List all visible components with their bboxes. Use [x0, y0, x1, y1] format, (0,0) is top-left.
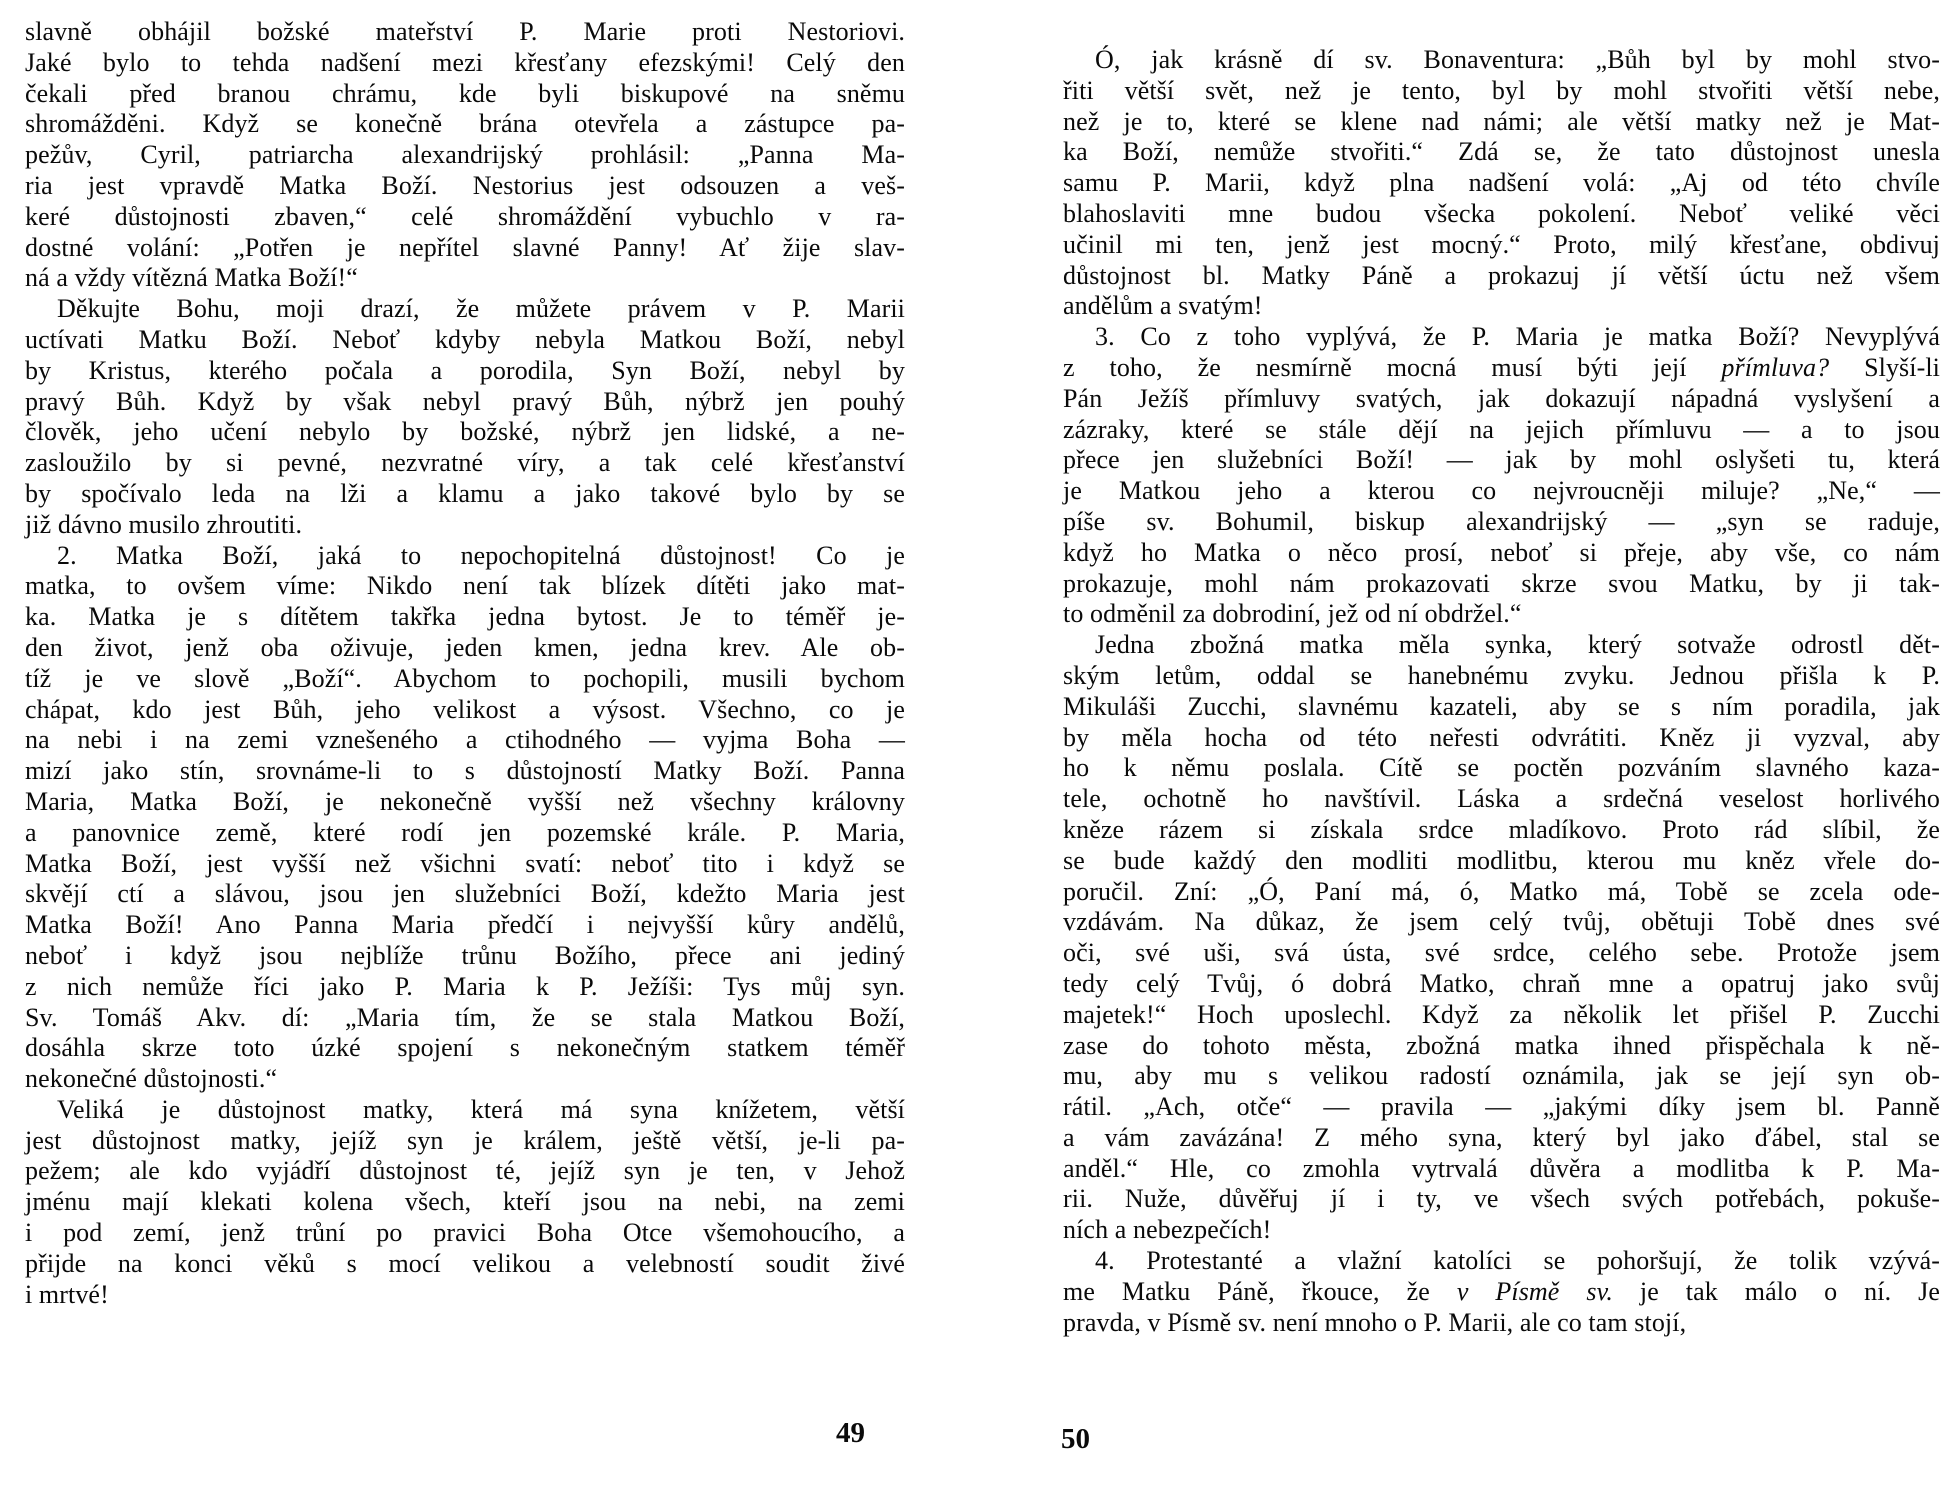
paragraph: Děkujte Bohu, moji drazí, že můžete práv…: [25, 294, 905, 540]
text-line: by Kristus, kterého počala a porodila, S…: [25, 356, 905, 387]
text-line: andělům a svatým!: [1063, 291, 1940, 322]
text-line: majetek!“ Hoch uposlechl. Když za několi…: [1063, 1000, 1940, 1031]
text-line: rii. Nuže, důvěřuj jí i ty, ve všech svý…: [1063, 1184, 1940, 1215]
text-line: píše sv. Bohumil, biskup alexandrijský —…: [1063, 507, 1940, 538]
text-line: keré důstojnosti zbaven,“ celé shromáždě…: [25, 202, 905, 233]
paragraph: 3. Co z toho vyplývá, že P. Maria je mat…: [1063, 322, 1940, 630]
text-line: pravý Bůh. Když by však nebyl pravý Bůh,…: [25, 387, 905, 418]
text-line: čekali před branou chrámu, kde byli bisk…: [25, 79, 905, 110]
text-line: učinil mi ten, jenž jest mocný.“ Proto, …: [1063, 230, 1940, 261]
text-line: zasloužilo by si pevné, nezvratné víry, …: [25, 448, 905, 479]
text-line: ským letům, oddal se hanebnému zvyku. Je…: [1063, 661, 1940, 692]
page-50-text-column: Ó, jak krásně dí sv. Bonaventura: „Bůh b…: [1063, 45, 1940, 1338]
paragraph: slavně obhájil božské mateřství P. Marie…: [25, 17, 905, 294]
book-spread: slavně obhájil božské mateřství P. Marie…: [0, 0, 1944, 1500]
text-line: 4. Protestanté a vlažní katolíci se poho…: [1063, 1246, 1940, 1277]
text-line: když ho Matka o něco prosí, neboť si pře…: [1063, 538, 1940, 569]
book-scan-page: { "document": { "language": "cs", "pages…: [0, 0, 1944, 1500]
text-line: by spočívalo leda na lži a klamu a jako …: [25, 479, 905, 510]
text-line: chápat, kdo jest Bůh, jeho velikost a vý…: [25, 695, 905, 726]
text-line: rátil. „Ach, otče“ — pravila — „jakými d…: [1063, 1092, 1940, 1123]
text-line: poručil. Zní: „Ó, Paní má, ó, Matko má, …: [1063, 877, 1940, 908]
text-line: nekonečné důstojnosti.“: [25, 1064, 905, 1095]
page-49-text-column: slavně obhájil božské mateřství P. Marie…: [25, 17, 905, 1310]
text-line: kněze rázem si získala srdce mladíkovo. …: [1063, 815, 1940, 846]
text-line: neboť i když jsou nejblíže trůnu Božího,…: [25, 941, 905, 972]
text-line: Sv. Tomáš Akv. dí: „Maria tím, že se sta…: [25, 1003, 905, 1034]
text-line: tíž je ve slově „Boží“. Abychom to pocho…: [25, 664, 905, 695]
page-number-50: 50: [1061, 1423, 1090, 1456]
text-line: mizí jako stín, srovnáme-li to s důstojn…: [25, 756, 905, 787]
text-line: řiti větší svět, než je tento, byl by mo…: [1063, 76, 1940, 107]
text-line: i pod zemí, jenž trůní po pravici Boha O…: [25, 1218, 905, 1249]
text-line: ria jest vpravdě Matka Boží. Nestorius j…: [25, 171, 905, 202]
text-line: to odměnil za dobrodiní, jež od ní obdrž…: [1063, 599, 1940, 630]
text-line: i mrtvé!: [25, 1280, 905, 1311]
text-line: jménu mají klekati kolena všech, kteří j…: [25, 1187, 905, 1218]
text-line: z nich nemůže říci jako P. Maria k P. Je…: [25, 972, 905, 1003]
text-line: a panovnice země, které rodí jen pozemsk…: [25, 818, 905, 849]
text-line: me Matku Páně, řkouce, že v Písmě sv. je…: [1063, 1277, 1940, 1308]
text-line: skvějí ctí a slávou, jsou jen služebníci…: [25, 879, 905, 910]
text-line: anděl.“ Hle, co zmohla vytrvalá důvěra a…: [1063, 1154, 1940, 1185]
text-line: ka Boží, nemůže stvořiti.“ Zdá se, že ta…: [1063, 137, 1940, 168]
text-line: Děkujte Bohu, moji drazí, že můžete práv…: [25, 294, 905, 325]
text-line: Pán Ježíš přímluvy svatých, jak dokazují…: [1063, 384, 1940, 415]
italic-text: přímluva?: [1721, 353, 1829, 382]
text-line: zase do tohoto města, zbožná matka ihned…: [1063, 1031, 1940, 1062]
text-line: než je to, které se klene nad námi; ale …: [1063, 107, 1940, 138]
text-line: a vám zavázána! Z mého syna, který byl j…: [1063, 1123, 1940, 1154]
paragraph: Ó, jak krásně dí sv. Bonaventura: „Bůh b…: [1063, 45, 1940, 322]
text-line: důstojnost bl. Matky Páně a prokazuj jí …: [1063, 261, 1940, 292]
italic-text: v Písmě sv.: [1457, 1277, 1613, 1306]
text-line: tedy celý Tvůj, ó dobrá Matko, chraň mne…: [1063, 969, 1940, 1000]
text-line: Jedna zbožná matka měla synka, který sot…: [1063, 630, 1940, 661]
text-line: Maria, Matka Boží, je nekonečně vyšší ne…: [25, 787, 905, 818]
paragraph: 2. Matka Boží, jaká to nepochopitelná dů…: [25, 541, 905, 1095]
text-line: matka, to ovšem víme: Nikdo není tak blí…: [25, 571, 905, 602]
text-line: přece jen služebníci Boží! — jak by mohl…: [1063, 445, 1940, 476]
text-line: samu P. Marii, když plna nadšení volá: „…: [1063, 168, 1940, 199]
text-line: ná a vždy vítězná Matka Boží!“: [25, 263, 905, 294]
text-line: Ó, jak krásně dí sv. Bonaventura: „Bůh b…: [1063, 45, 1940, 76]
text-line: Mikuláši Zucchi, slavnému kazateli, aby …: [1063, 692, 1940, 723]
text-line: zázraky, které se stále dějí na jejich p…: [1063, 415, 1940, 446]
text-line: ka. Matka je s dítětem takřka jedna byto…: [25, 602, 905, 633]
text-line: vzdávám. Na důkaz, že jsem celý tvůj, ob…: [1063, 907, 1940, 938]
text-line: dosáhla skrze toto úzké spojení s nekone…: [25, 1033, 905, 1064]
text-line: dostné volání: „Potřen je nepřítel slavn…: [25, 233, 905, 264]
text-line: přijde na konci věků s mocí velikou a ve…: [25, 1249, 905, 1280]
text-line: Matka Boží! Ano Panna Maria předčí i nej…: [25, 910, 905, 941]
text-line: Matka Boží, jest vyšší než všichni svatí…: [25, 849, 905, 880]
text-line: pežův, Cyril, patriarcha alexandrijský p…: [25, 140, 905, 171]
text-line: prokazuje, mohl nám prokazovati skrze sv…: [1063, 569, 1940, 600]
text-line: na nebi i na zemi vznešeného a ctihodnéh…: [25, 725, 905, 756]
text-line: 2. Matka Boží, jaká to nepochopitelná dů…: [25, 541, 905, 572]
text-line: mu, aby mu s velikou radostí oznámila, j…: [1063, 1061, 1940, 1092]
text-line: pežem; ale kdo vyjádří důstojnost té, je…: [25, 1156, 905, 1187]
text-line: Veliká je důstojnost matky, která má syn…: [25, 1095, 905, 1126]
text-line: již dávno musilo zhroutiti.: [25, 510, 905, 541]
text-line: se bude každý den modliti modlitbu, kter…: [1063, 846, 1940, 877]
text-line: ních a nebezpečích!: [1063, 1215, 1940, 1246]
page-number-49: 49: [836, 1417, 865, 1450]
text-line: blahoslaviti mne budou všecka pokolení. …: [1063, 199, 1940, 230]
text-line: Jaké bylo to tehda nadšení mezi křesťany…: [25, 48, 905, 79]
text-line: z toho, že nesmírně mocná musí býti její…: [1063, 353, 1940, 384]
text-line: shromážděni. Když se konečně brána otevř…: [25, 109, 905, 140]
text-line: ho k němu poslala. Cítě se poctěn pozván…: [1063, 753, 1940, 784]
text-line: by měla hocha od této neřesti odvrátiti.…: [1063, 723, 1940, 754]
text-line: slavně obhájil božské mateřství P. Marie…: [25, 17, 905, 48]
text-line: tele, ochotně ho navštívil. Láska a srde…: [1063, 784, 1940, 815]
text-line: oči, své uši, svá ústa, své srdce, celéh…: [1063, 938, 1940, 969]
text-line: je Matkou jeho a kterou co nejvroucněji …: [1063, 476, 1940, 507]
text-line: 3. Co z toho vyplývá, že P. Maria je mat…: [1063, 322, 1940, 353]
text-line: jest důstojnost matky, jejíž syn je král…: [25, 1126, 905, 1157]
text-line: pravda, v Písmě sv. není mnoho o P. Mari…: [1063, 1308, 1940, 1339]
paragraph: Jedna zbožná matka měla synka, který sot…: [1063, 630, 1940, 1246]
text-line: člověk, jeho učení nebylo by božské, nýb…: [25, 417, 905, 448]
text-line: uctívati Matku Boží. Neboť kdyby nebyla …: [25, 325, 905, 356]
text-line: den život, jenž oba oživuje, jeden kmen,…: [25, 633, 905, 664]
paragraph: Veliká je důstojnost matky, která má syn…: [25, 1095, 905, 1311]
paragraph: 4. Protestanté a vlažní katolíci se poho…: [1063, 1246, 1940, 1338]
